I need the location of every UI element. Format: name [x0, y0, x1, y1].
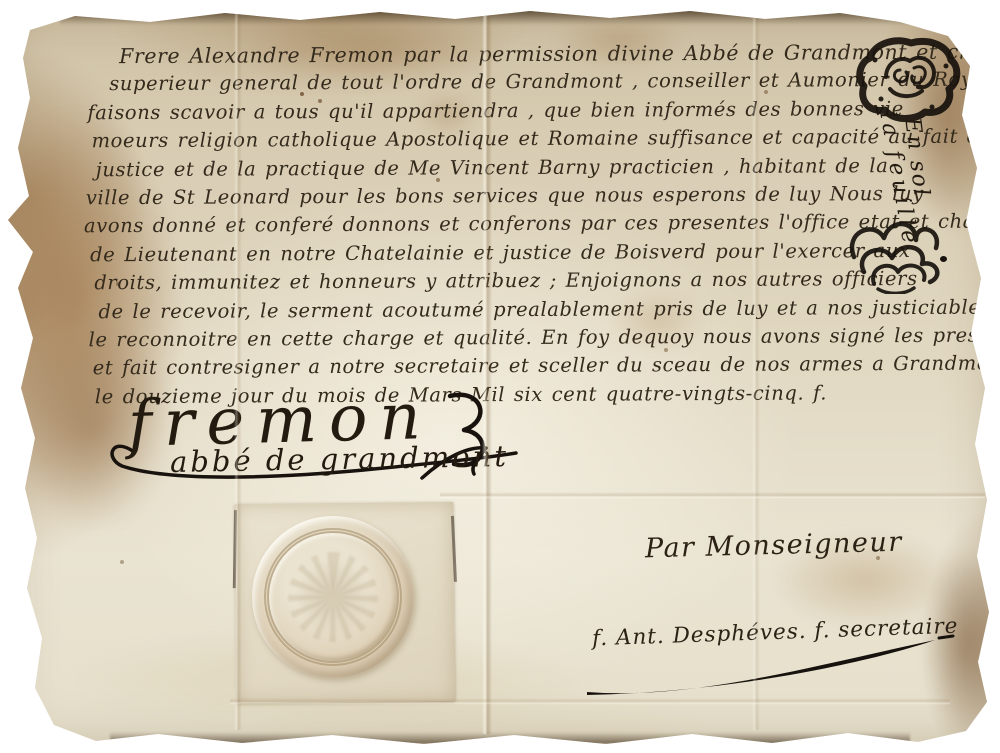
fiscal-stamp-icon	[856, 36, 964, 122]
letter-line: droits, immunitez et honneurs y attribue…	[84, 265, 964, 298]
secretary-paraph-icon	[583, 624, 963, 704]
torn-edge-shadow-bottom	[110, 732, 910, 744]
letter-line: moeurs religion catholique Apostolique e…	[83, 123, 963, 156]
flourish-stamp-icon	[844, 202, 944, 294]
letter-line: faisons scavoir a tous qu'il appartiendr…	[83, 94, 963, 127]
letter-line: ville de St Leonard pour les bons servic…	[84, 180, 964, 213]
embossed-wax-seal	[252, 516, 414, 678]
letter-line: avons donné et conferé donnons et confer…	[84, 208, 964, 241]
letter-line: de Lieutenant en notre Chatelainie et ju…	[84, 236, 964, 269]
signature-title: abbé de grandmont	[170, 439, 510, 479]
letter-line: Frere Alexandre Fremon par la permission…	[83, 38, 963, 71]
letter-line: justice et de la practique de Me Vincent…	[84, 151, 964, 184]
torn-edge-shadow-top	[60, 9, 910, 25]
fold-crease-horizontal	[440, 492, 985, 499]
letter-line: le reconnoitre en cette charge et qualit…	[85, 322, 965, 355]
letter-line: superieur general de tout l'ordre de Gra…	[83, 66, 963, 99]
manuscript-sheet: Frere Alexandre Fremon par la permission…	[0, 0, 1000, 753]
letter-line: de le recevoir, le serment acoutumé prea…	[84, 293, 964, 326]
letter-body: Frere Alexandre Fremon par la permission…	[83, 38, 965, 412]
ink-dot	[940, 256, 947, 262]
letter-line: et fait contresigner a notre secretaire …	[85, 350, 965, 383]
